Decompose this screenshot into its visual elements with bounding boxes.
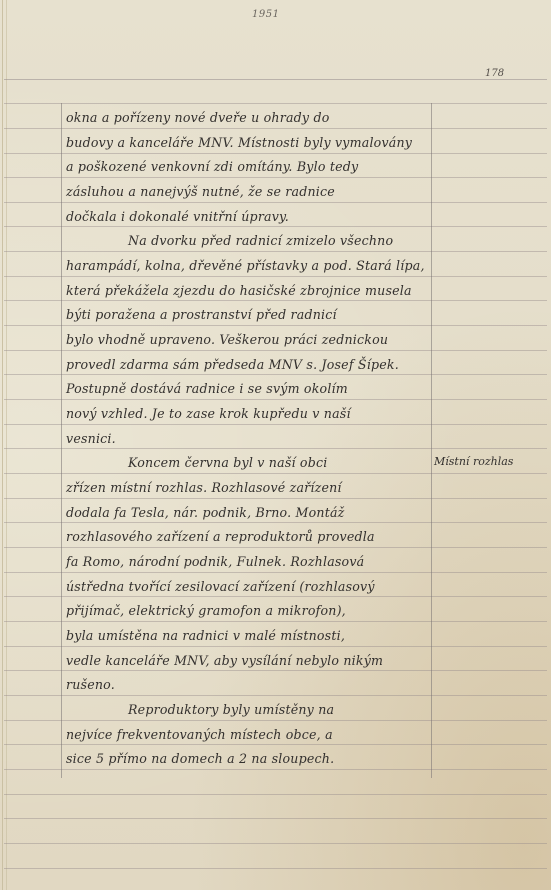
ruled-line xyxy=(4,498,547,499)
text-line: budovy a kanceláře MNV. Místnosti byly v… xyxy=(66,135,428,151)
ruled-line xyxy=(4,720,547,721)
text-line: rušeno. xyxy=(66,677,428,693)
text-line-paragraph-start: Koncem června byl v naší obci xyxy=(128,455,428,471)
ruled-line xyxy=(4,153,547,154)
ruled-line xyxy=(4,300,547,301)
header-rule xyxy=(4,79,547,80)
ruled-line xyxy=(4,744,547,745)
text-line: a poškozené venkovní zdi omítány. Bylo t… xyxy=(66,159,428,175)
ruled-line xyxy=(4,522,547,523)
text-line-paragraph-start: Na dvorku před radnicí zmizelo všechno xyxy=(128,233,428,249)
text-line: která překážela zjezdu do hasičské zbroj… xyxy=(66,283,428,299)
ruled-line xyxy=(4,399,547,400)
ruled-line xyxy=(4,646,547,647)
text-line: rozhlasového zařízení a reproduktorů pro… xyxy=(66,529,428,545)
ruled-line xyxy=(4,572,547,573)
ruled-line xyxy=(4,794,547,795)
text-line: vesnici. xyxy=(66,431,428,447)
text-line: nový vzhled. Je to zase krok kupředu v n… xyxy=(66,406,428,422)
ruled-line xyxy=(4,424,547,425)
ruled-line xyxy=(4,128,547,129)
text-line: fa Romo, národní podnik, Fulnek. Rozhlas… xyxy=(66,554,428,570)
right-margin-line xyxy=(431,103,432,778)
margin-note: Místní rozhlas xyxy=(434,455,513,468)
ruled-line xyxy=(4,547,547,548)
text-line: býti poražena a prostranství před radnic… xyxy=(66,307,428,323)
ruled-line xyxy=(4,448,547,449)
year-label: 1951 xyxy=(252,9,279,20)
text-line: okna a pořízeny nové dveře u ohrady do xyxy=(66,110,428,126)
ruled-line xyxy=(4,621,547,622)
text-line: Postupně dostává radnice i se svým okolí… xyxy=(66,381,428,397)
ruled-line xyxy=(4,695,547,696)
ruled-line xyxy=(4,103,547,104)
ruled-line xyxy=(4,177,547,178)
ruled-line xyxy=(4,374,547,375)
ruled-line xyxy=(4,350,547,351)
text-line: dodala fa Tesla, nár. podnik, Brno. Mont… xyxy=(66,505,428,521)
text-line: zřízen místní rozhlas. Rozhlasové zaříze… xyxy=(66,480,428,496)
text-line: provedl zdarma sám předseda MNV s. Josef… xyxy=(66,357,428,373)
ruled-line xyxy=(4,226,547,227)
ruled-line xyxy=(4,670,547,671)
text-line: sice 5 přímo na domech a 2 na sloupech. xyxy=(66,751,428,767)
text-line: dočkala i dokonalé vnitřní úpravy. xyxy=(66,209,428,225)
text-line: zásluhou a nanejvýš nutné, že se radnice xyxy=(66,184,428,200)
ruled-line xyxy=(4,251,547,252)
ruled-line xyxy=(4,843,547,844)
ruled-line xyxy=(4,276,547,277)
text-line-paragraph-start: Reproduktory byly umístěny na xyxy=(128,702,428,718)
ruled-line xyxy=(4,596,547,597)
ledger-page: 1951 178 Místní rozhlas okna a pořízeny … xyxy=(0,0,551,890)
text-line: vedle kanceláře MNV, aby vysílání nebylo… xyxy=(66,653,428,669)
text-line: harampádí, kolna, dřevěné přístavky a po… xyxy=(66,258,428,274)
ruled-line xyxy=(4,818,547,819)
ruled-line xyxy=(4,868,547,869)
left-margin-line xyxy=(61,103,62,778)
page-number: 178 xyxy=(485,68,504,79)
text-line: ústředna tvořící zesilovací zařízení (ro… xyxy=(66,579,428,595)
ruled-line xyxy=(4,202,547,203)
text-line: bylo vhodně upraveno. Veškerou práci zed… xyxy=(66,332,428,348)
text-line: nejvíce frekventovaných místech obce, a xyxy=(66,727,428,743)
ruled-line xyxy=(4,325,547,326)
ruled-line xyxy=(4,473,547,474)
text-line: byla umístěna na radnici v malé místnost… xyxy=(66,628,428,644)
text-line: přijímač, elektrický gramofon a mikrofon… xyxy=(66,603,428,619)
ruled-line xyxy=(4,769,547,770)
page-edge xyxy=(2,0,7,890)
